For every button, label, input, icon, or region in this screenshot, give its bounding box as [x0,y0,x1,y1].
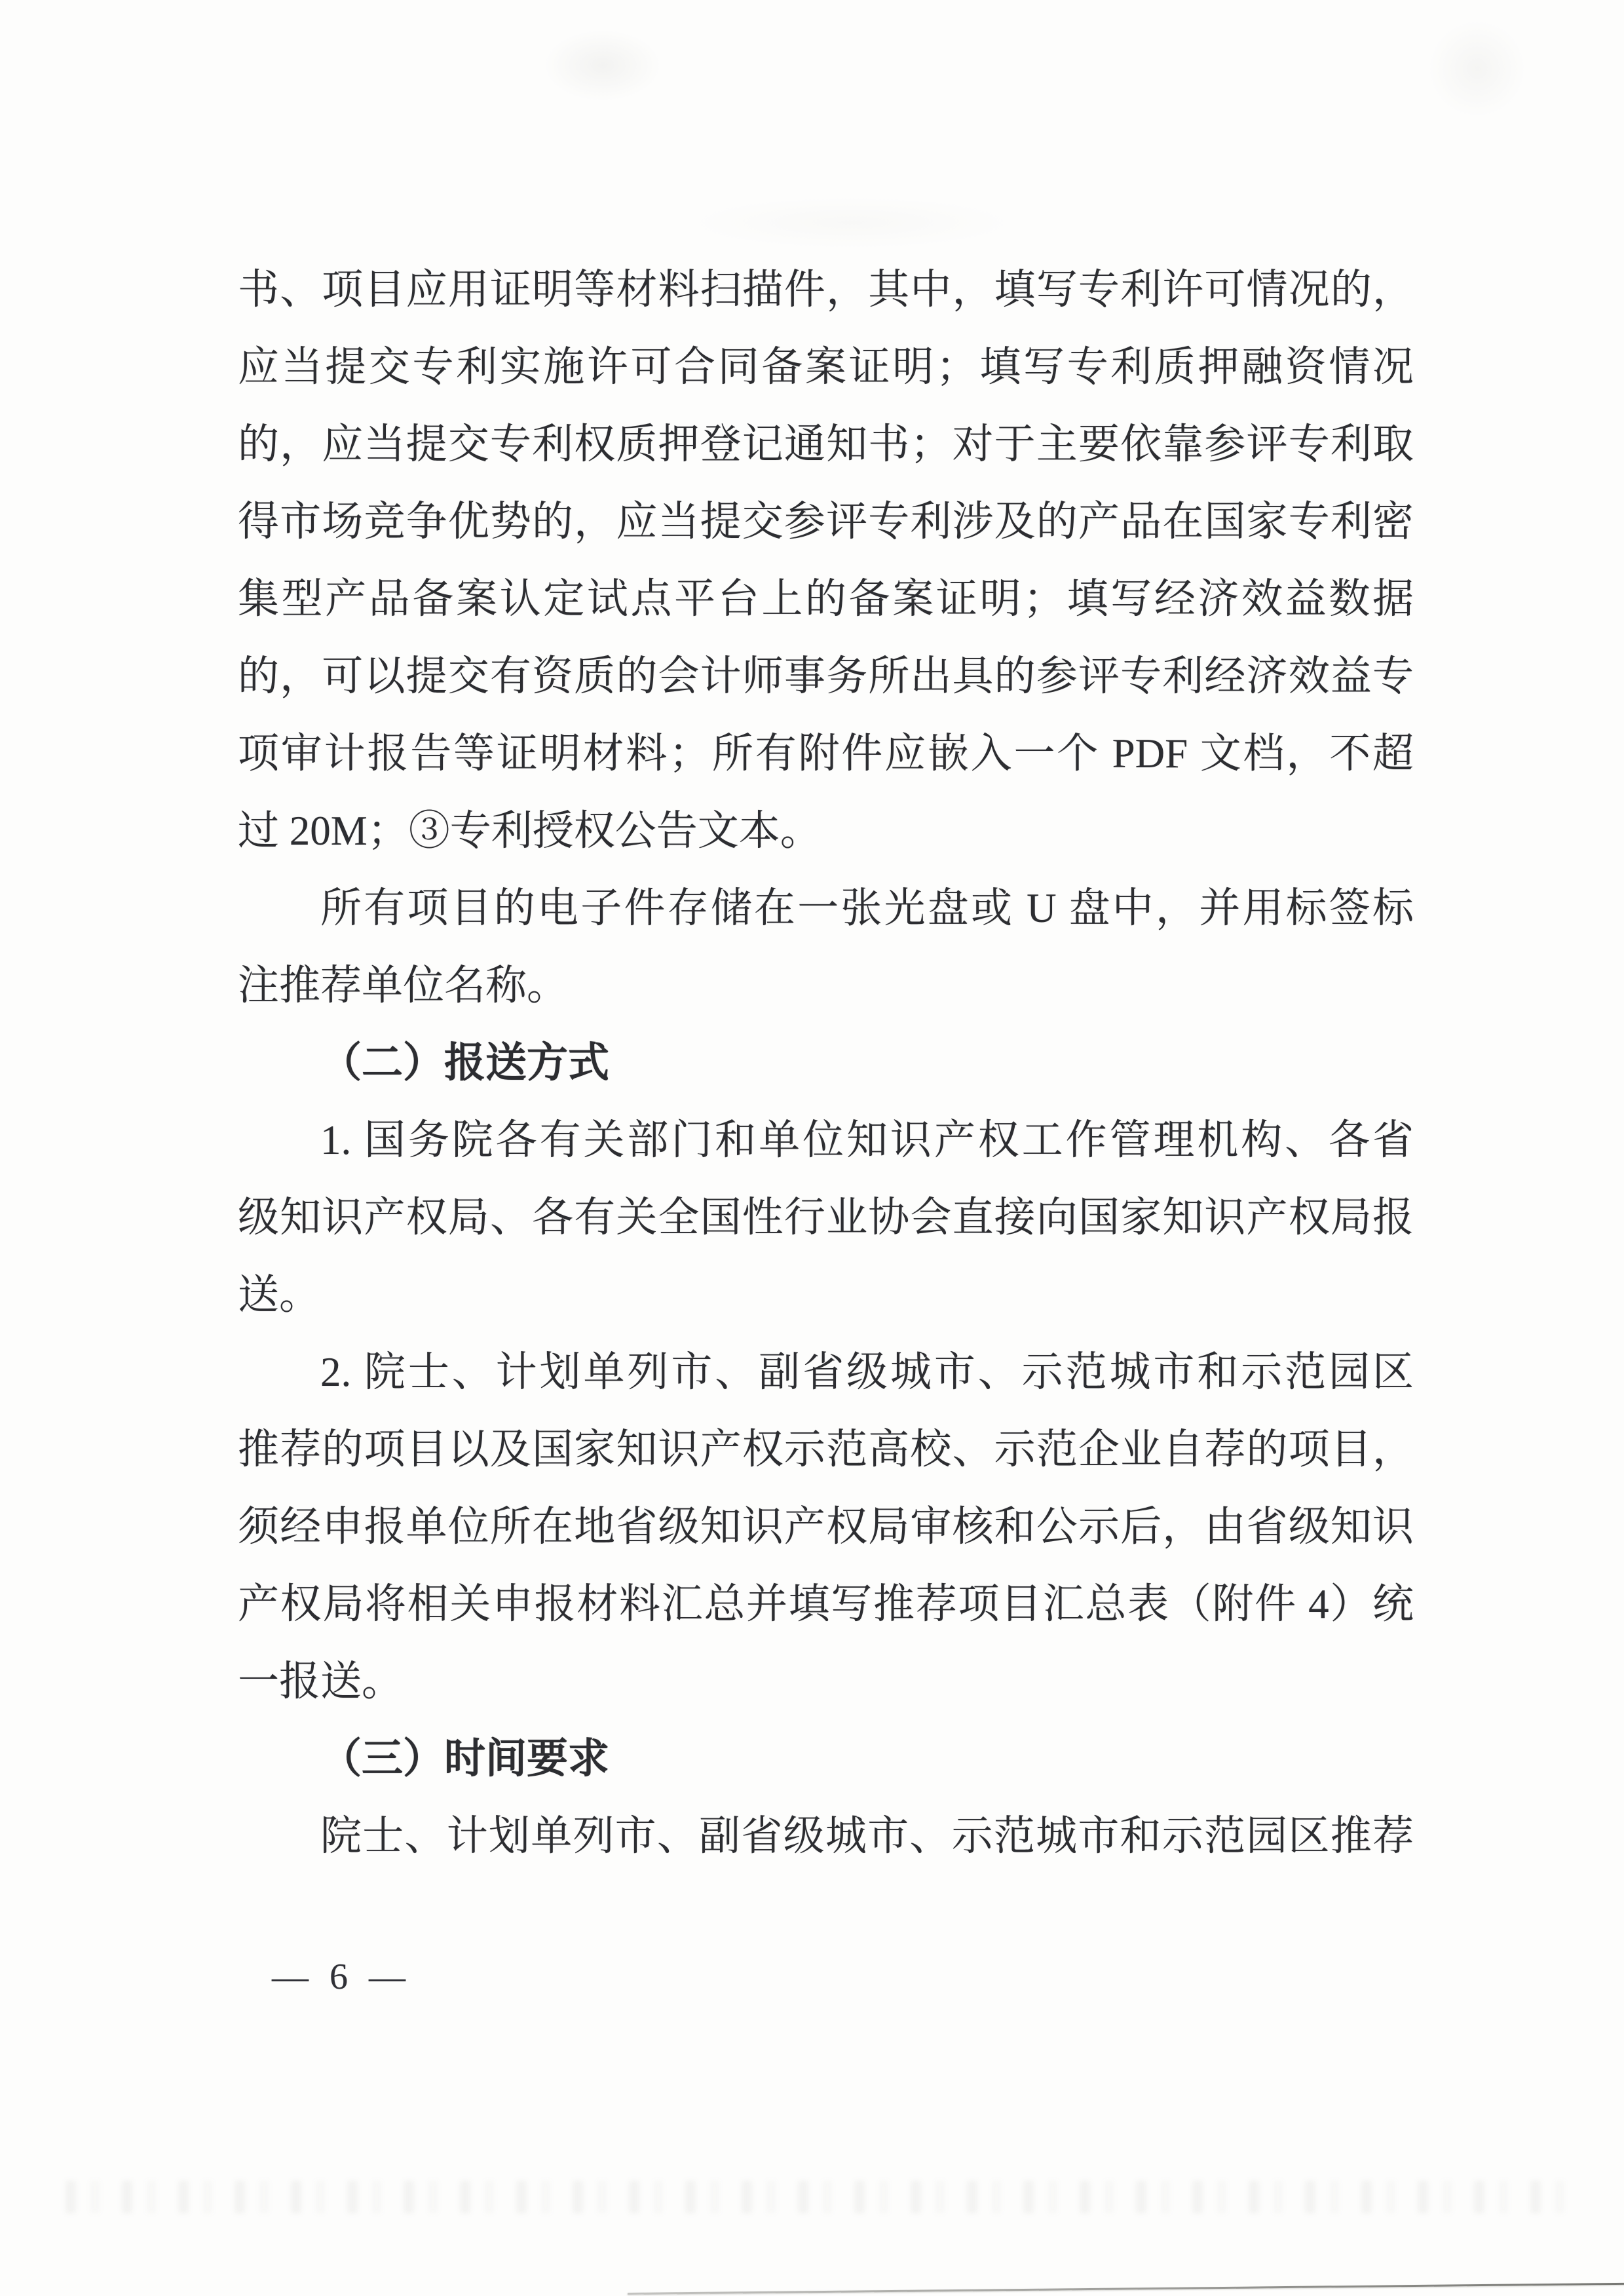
text-line: 产权局将相关申报材料汇总并填写推荐项目汇总表（附件 4）统 [238,1565,1414,1643]
text-line: 2. 院士、计划单列市、副省级城市、示范城市和示范园区 [238,1333,1414,1411]
scan-smudge [688,197,1015,249]
document-page: 书、项目应用证明等材料扫描件，其中，填写专利许可情况的，应当提交专利实施许可合同… [0,0,1624,2296]
scan-smudge [1428,20,1526,118]
text-line: 推荐的项目以及国家知识产权示范高校、示范企业自荐的项目， [238,1411,1414,1488]
text-line: 级知识产权局、各有关全国性行业协会直接向国家知识产权局报 [238,1179,1414,1256]
text-line: 须经申报单位所在地省级知识产权局审核和公示后，由省级知识 [238,1488,1414,1565]
text-line: 院士、计划单列市、副省级城市、示范城市和示范园区推荐 [238,1797,1414,1875]
text-line: 一报送。 [238,1643,1414,1720]
paper-edge-line [628,2283,1624,2295]
text-line: 集型产品备案认定试点平台上的备案证明；填写经济效益数据 [238,560,1414,638]
text-line: 的，可以提交有资质的会计师事务所出具的参评专利经济效益专 [238,638,1414,715]
text-line: 注推荐单位名称。 [238,947,1414,1024]
text-line: 1. 国务院各有关部门和单位知识产权工作管理机构、各省 [238,1101,1414,1179]
text-line: 项审计报告等证明材料；所有附件应嵌入一个 PDF 文档，不超 [238,715,1414,792]
text-line: 所有项目的电子件存储在一张光盘或 U 盘中，并用标签标 [238,870,1414,947]
page-number: — 6 — [272,1947,411,2006]
scan-ghost-band [66,2181,1572,2213]
text-line: 送。 [238,1256,1414,1333]
scan-smudge [544,29,662,102]
text-line: 的，应当提交专利权质押登记通知书；对于主要依靠参评专利取 [238,406,1414,483]
text-line: 应当提交专利实施许可合同备案证明；填写专利质押融资情况 [238,328,1414,406]
document-body: 书、项目应用证明等材料扫描件，其中，填写专利许可情况的，应当提交专利实施许可合同… [238,251,1414,1875]
text-line: 过 20M；③专利授权公告文本。 [238,792,1414,870]
section-heading: （二）报送方式 [238,1024,1414,1101]
text-line: 书、项目应用证明等材料扫描件，其中，填写专利许可情况的， [238,251,1414,328]
section-heading: （三）时间要求 [238,1720,1414,1797]
text-line: 得市场竞争优势的，应当提交参评专利涉及的产品在国家专利密 [238,483,1414,560]
